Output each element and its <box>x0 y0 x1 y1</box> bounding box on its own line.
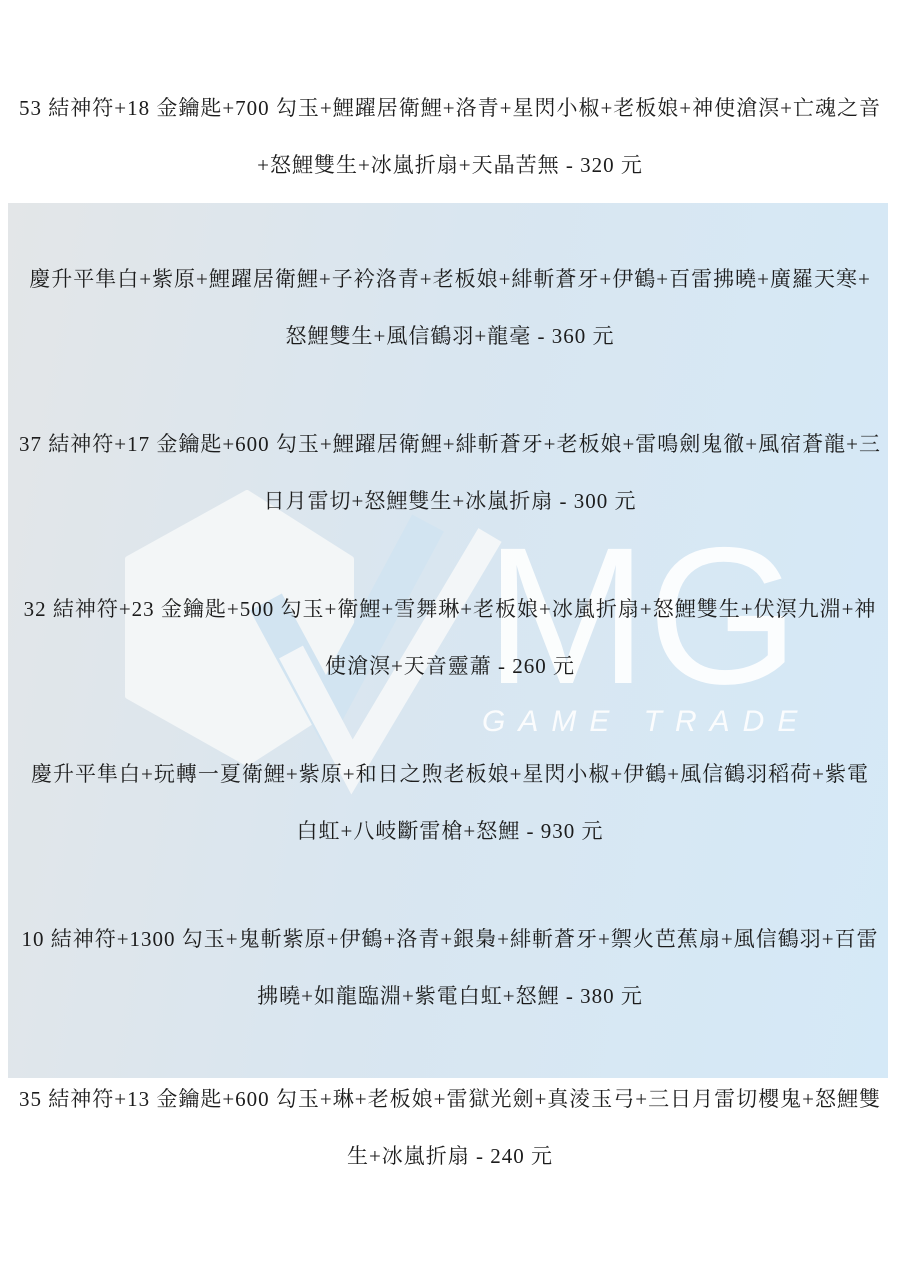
listing-item: 53 結神符+18 金鑰匙+700 勾玉+鯉躍居衛鯉+洛青+星閃小椒+老板娘+神… <box>0 95 900 178</box>
listing-item: 37 結神符+17 金鑰匙+600 勾玉+鯉躍居衛鯉+緋斬蒼牙+老板娘+雷鳴劍鬼… <box>0 431 900 514</box>
listing-item: 10 結神符+1300 勾玉+鬼斬紫原+伊鶴+洛青+銀梟+緋斬蒼牙+禦火芭蕉扇+… <box>0 926 900 1009</box>
listing-item: 35 結神符+13 金鑰匙+600 勾玉+琳+老板娘+雷獄光劍+真淩玉弓+三日月… <box>0 1086 900 1169</box>
listing-line: 32 結神符+23 金鑰匙+500 勾玉+衛鯉+雪舞琳+老板娘+冰嵐折扇+怒鯉雙… <box>0 596 900 622</box>
listing-line: 慶升平隼白+玩轉一夏衛鯉+紫原+和日之煦老板娘+星閃小椒+伊鶴+風信鶴羽稻荷+紫… <box>0 761 900 787</box>
listing-line: 使滄溟+天音靈蕭 - 260 元 <box>0 653 900 679</box>
listing-item: 32 結神符+23 金鑰匙+500 勾玉+衛鯉+雪舞琳+老板娘+冰嵐折扇+怒鯉雙… <box>0 596 900 679</box>
listing-item: 慶升平隼白+玩轉一夏衛鯉+紫原+和日之煦老板娘+星閃小椒+伊鶴+風信鶴羽稻荷+紫… <box>0 761 900 844</box>
listing-line: 53 結神符+18 金鑰匙+700 勾玉+鯉躍居衛鯉+洛青+星閃小椒+老板娘+神… <box>0 95 900 121</box>
logo-subtext: GAME TRADE <box>482 705 810 738</box>
listing-line: 35 結神符+13 金鑰匙+600 勾玉+琳+老板娘+雷獄光劍+真淩玉弓+三日月… <box>0 1086 900 1112</box>
listing-line: 生+冰嵐折扇 - 240 元 <box>0 1143 900 1169</box>
listing-line: 怒鯉雙生+風信鶴羽+龍毫 - 360 元 <box>0 323 900 349</box>
listing-line: 日月雷切+怒鯉雙生+冰嵐折扇 - 300 元 <box>0 488 900 514</box>
listing-line: 慶升平隼白+紫原+鯉躍居衛鯉+子衿洛青+老板娘+緋斬蒼牙+伊鶴+百雷拂曉+廣羅天… <box>0 266 900 292</box>
listing-line: +怒鯉雙生+冰嵐折扇+天晶苦無 - 320 元 <box>0 152 900 178</box>
document-page: MG GAME TRADE 53 結神符+18 金鑰匙+700 勾玉+鯉躍居衛鯉… <box>0 0 900 1273</box>
listing-line: 拂曉+如龍臨淵+紫電白虹+怒鯉 - 380 元 <box>0 983 900 1009</box>
listing-line: 白虹+八岐斷雷槍+怒鯉 - 930 元 <box>0 818 900 844</box>
listing-item: 慶升平隼白+紫原+鯉躍居衛鯉+子衿洛青+老板娘+緋斬蒼牙+伊鶴+百雷拂曉+廣羅天… <box>0 266 900 349</box>
listing-line: 37 結神符+17 金鑰匙+600 勾玉+鯉躍居衛鯉+緋斬蒼牙+老板娘+雷鳴劍鬼… <box>0 431 900 457</box>
listing-line: 10 結神符+1300 勾玉+鬼斬紫原+伊鶴+洛青+銀梟+緋斬蒼牙+禦火芭蕉扇+… <box>0 926 900 952</box>
